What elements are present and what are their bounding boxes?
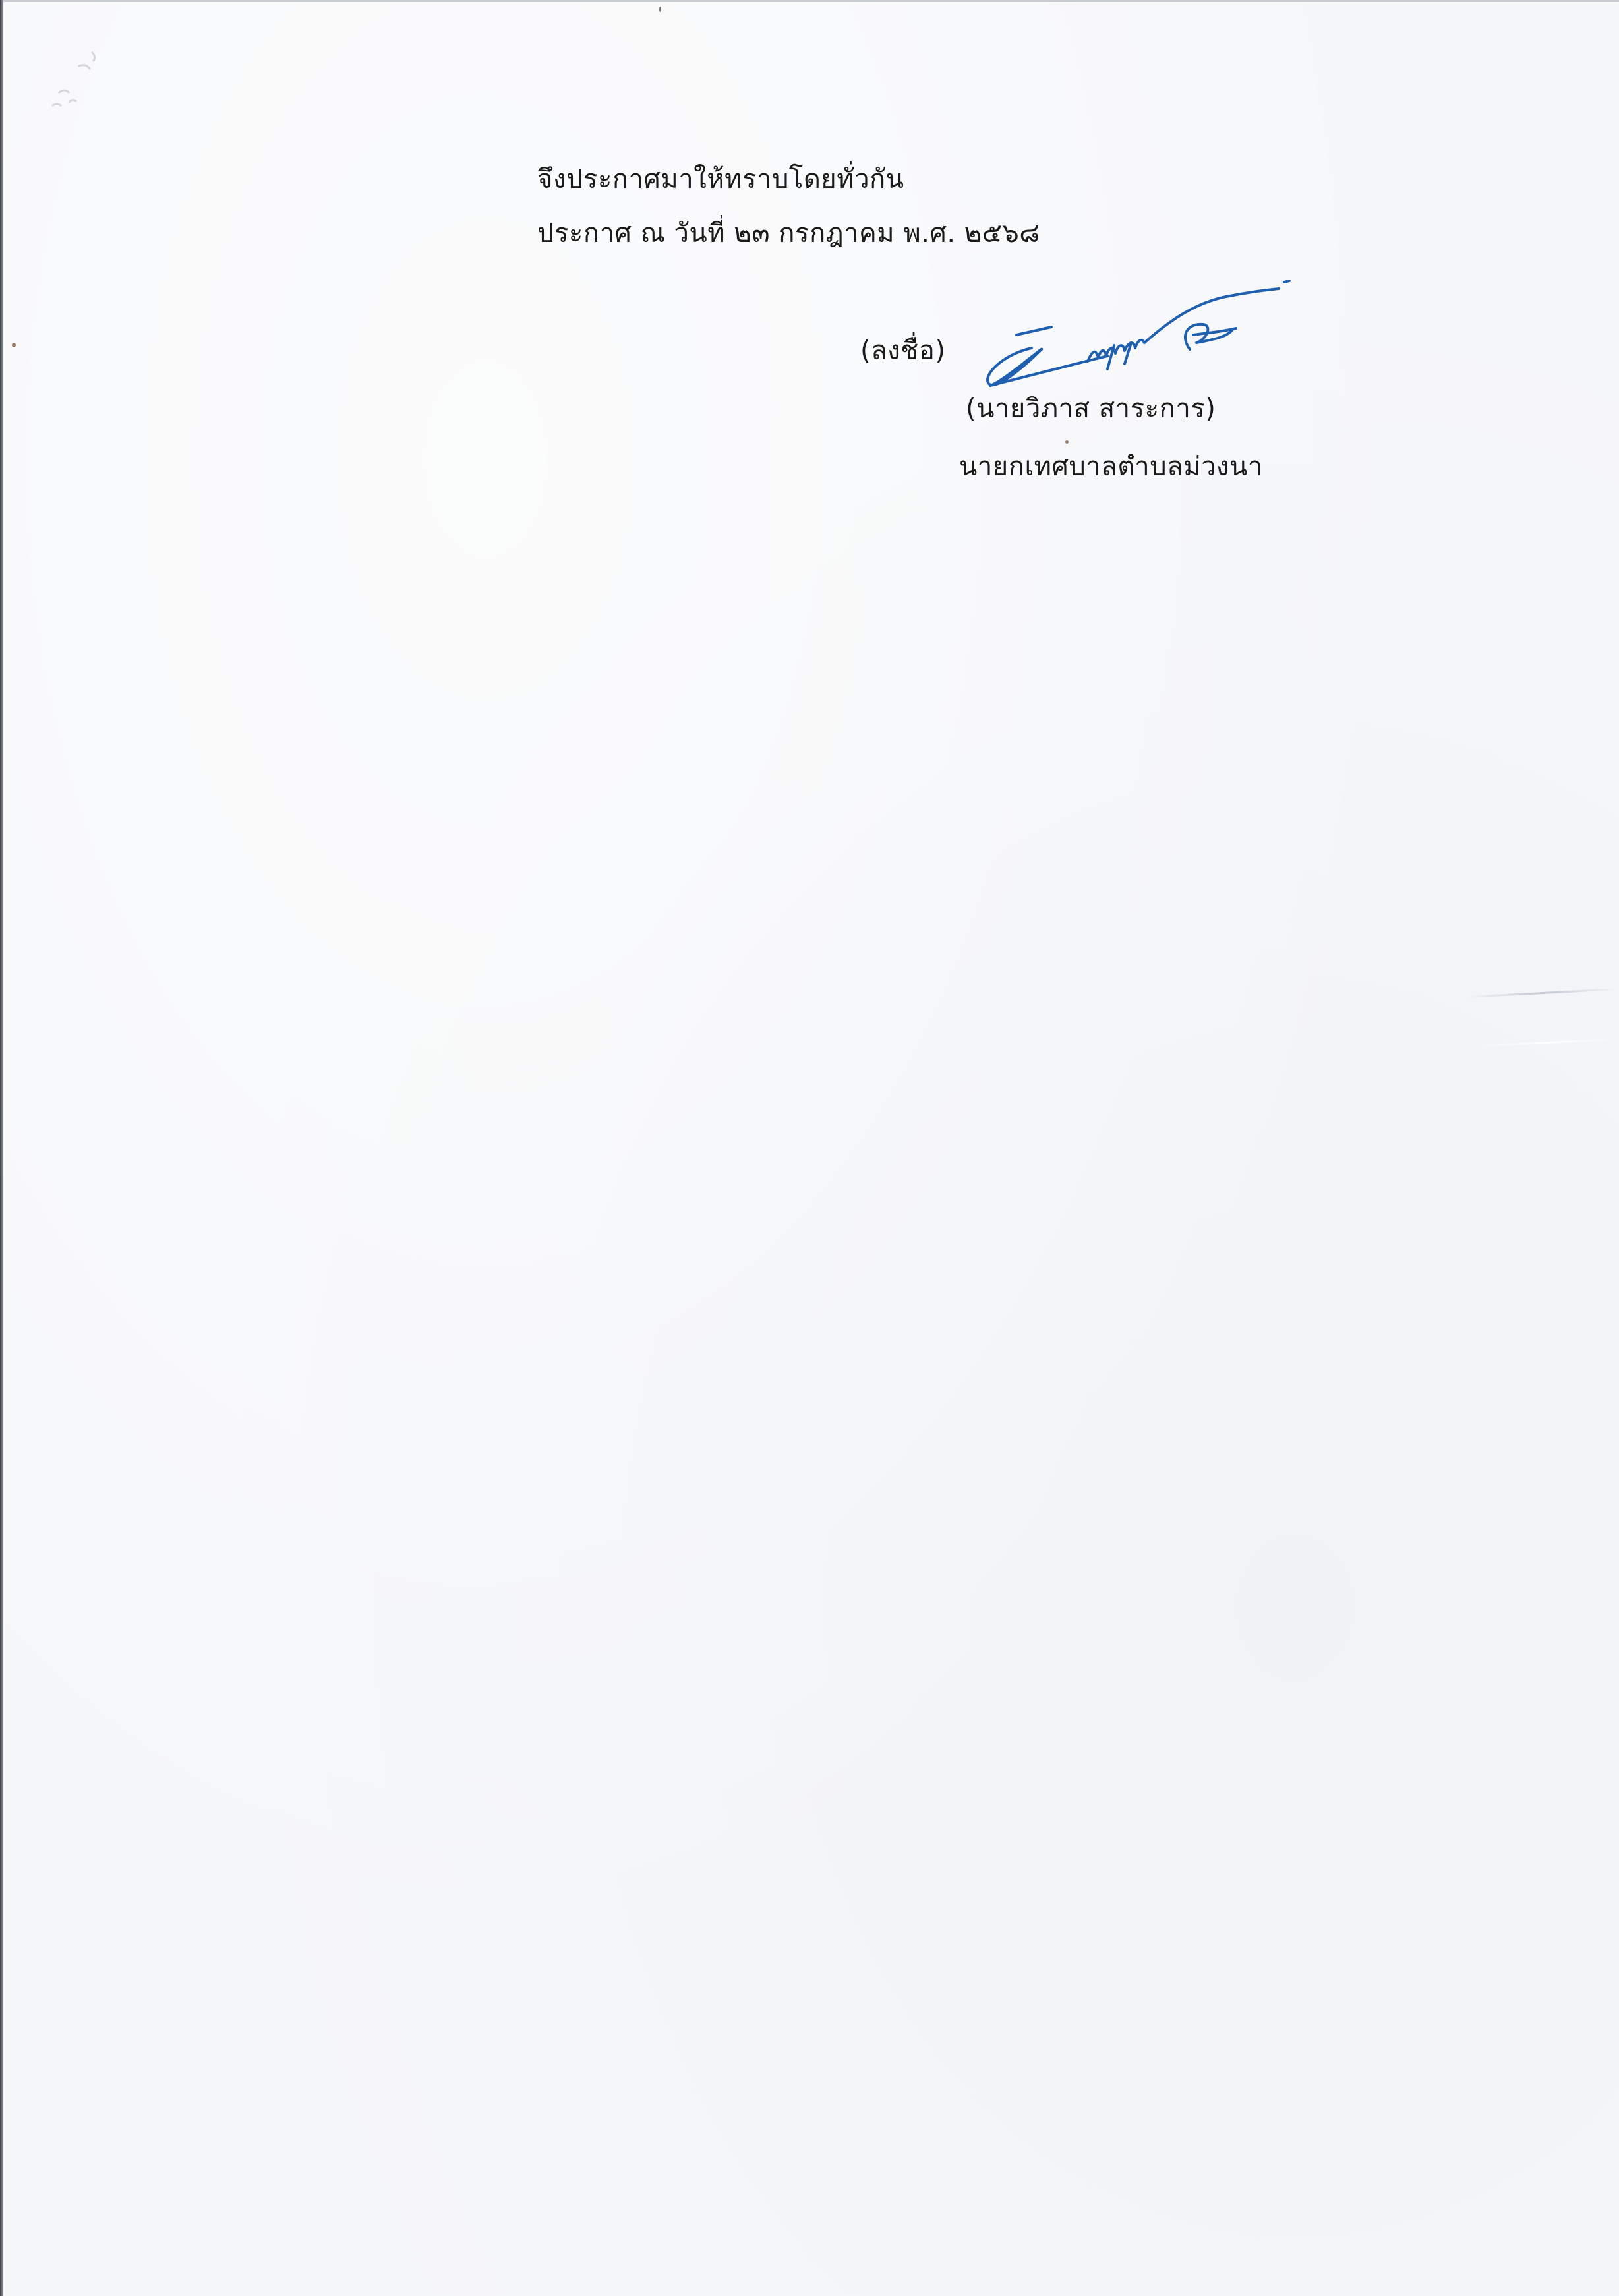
handwritten-signature — [976, 277, 1292, 396]
paper-fold-highlight — [1477, 1038, 1619, 1047]
signer-name: (นายวิภาส สาระการ) — [966, 396, 1216, 422]
sign-label: (ลงชื่อ) — [860, 338, 945, 364]
announcement-date: ประกาศ ณ วันที่ ๒๓ กรกฎาคม พ.ศ. ๒๕๖๘ — [537, 220, 1040, 247]
scan-left-edge — [0, 0, 3, 2296]
signer-title: นายกเทศบาลตำบลม่วงนา — [959, 454, 1263, 480]
closing-statement: จึงประกาศมาให้ทราบโดยทั่วกัน — [537, 166, 904, 192]
scan-top-edge — [0, 0, 1619, 2]
paper-speck — [12, 343, 16, 347]
paper-fold-crease — [1467, 988, 1618, 998]
paper-scuff-mark — [33, 40, 112, 112]
paper-speck — [1065, 440, 1069, 444]
paper-speck — [659, 7, 661, 12]
scanned-document-page: จึงประกาศมาให้ทราบโดยทั่วกัน ประกาศ ณ วั… — [0, 0, 1619, 2296]
